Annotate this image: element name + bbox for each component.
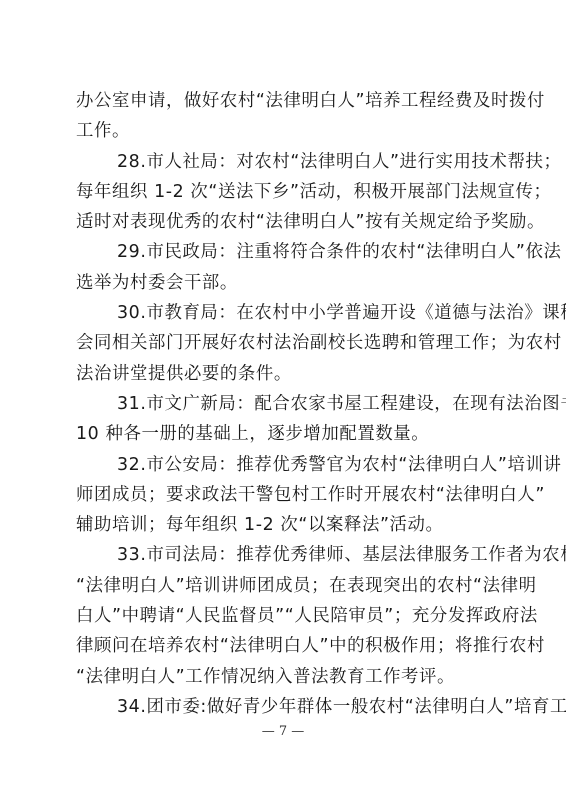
item-33-heading-line: 33.市司法局：推荐优秀律师、基层法律服务工作者为农村 — [76, 540, 492, 570]
text-line: 师团成员；要求政法干警包村工作时开展农村“法律明白人” — [76, 480, 492, 510]
text-line: 每年组织 1-2 次“送法下乡”活动，积极开展部门法规宣传； — [76, 177, 492, 207]
text-line: 工作。 — [76, 116, 492, 146]
text-line: 选举为村委会干部。 — [76, 268, 492, 298]
text-line: 10 种各一册的基础上，逐步增加配置数量。 — [76, 419, 492, 449]
text-line: “法律明白人”工作情况纳入普法教育工作考评。 — [76, 662, 492, 692]
item-31-heading-line: 31.市文广新局：配合农家书屋工程建设，在现有法治图书 — [76, 389, 492, 419]
text-line: 会同相关部门开展好农村法治副校长选聘和管理工作；为农村 — [76, 328, 492, 358]
text-line: 律顾问在培养农村“法律明白人”中的积极作用；将推行农村 — [76, 631, 492, 661]
text-line: 办公室申请，做好农村“法律明白人”培养工程经费及时拨付 — [76, 86, 492, 116]
item-29-heading-line: 29.市民政局：注重将符合条件的农村“法律明白人”依法 — [76, 237, 492, 267]
item-32-heading-line: 32.市公安局：推荐优秀警官为农村“法律明白人”培训讲 — [76, 450, 492, 480]
text-line: 辅助培训；每年组织 1-2 次“以案释法”活动。 — [76, 510, 492, 540]
item-34-heading-line: 34.团市委:做好青少年群体一般农村“法律明白人”培育工 — [76, 692, 492, 722]
text-line: 法治讲堂提供必要的条件。 — [76, 359, 492, 389]
text-line: 白人”中聘请“人民监督员”“人民陪审员”；充分发挥政府法 — [76, 601, 492, 631]
item-30-heading-line: 30.市教育局：在农村中小学普遍开设《道德与法治》课程； — [76, 298, 492, 328]
text-line: “法律明白人”培训讲师团成员；在表现突出的农村“法律明 — [76, 571, 492, 601]
document-body: 办公室申请，做好农村“法律明白人”培养工程经费及时拨付 工作。 28.市人社局：… — [76, 86, 492, 722]
text-line: 适时对表现优秀的农村“法律明白人”按有关规定给予奖励。 — [76, 207, 492, 237]
item-28-heading-line: 28.市人社局：对农村“法律明白人”进行实用技术帮扶； — [76, 147, 492, 177]
page-number: — 7 — — [0, 724, 566, 739]
